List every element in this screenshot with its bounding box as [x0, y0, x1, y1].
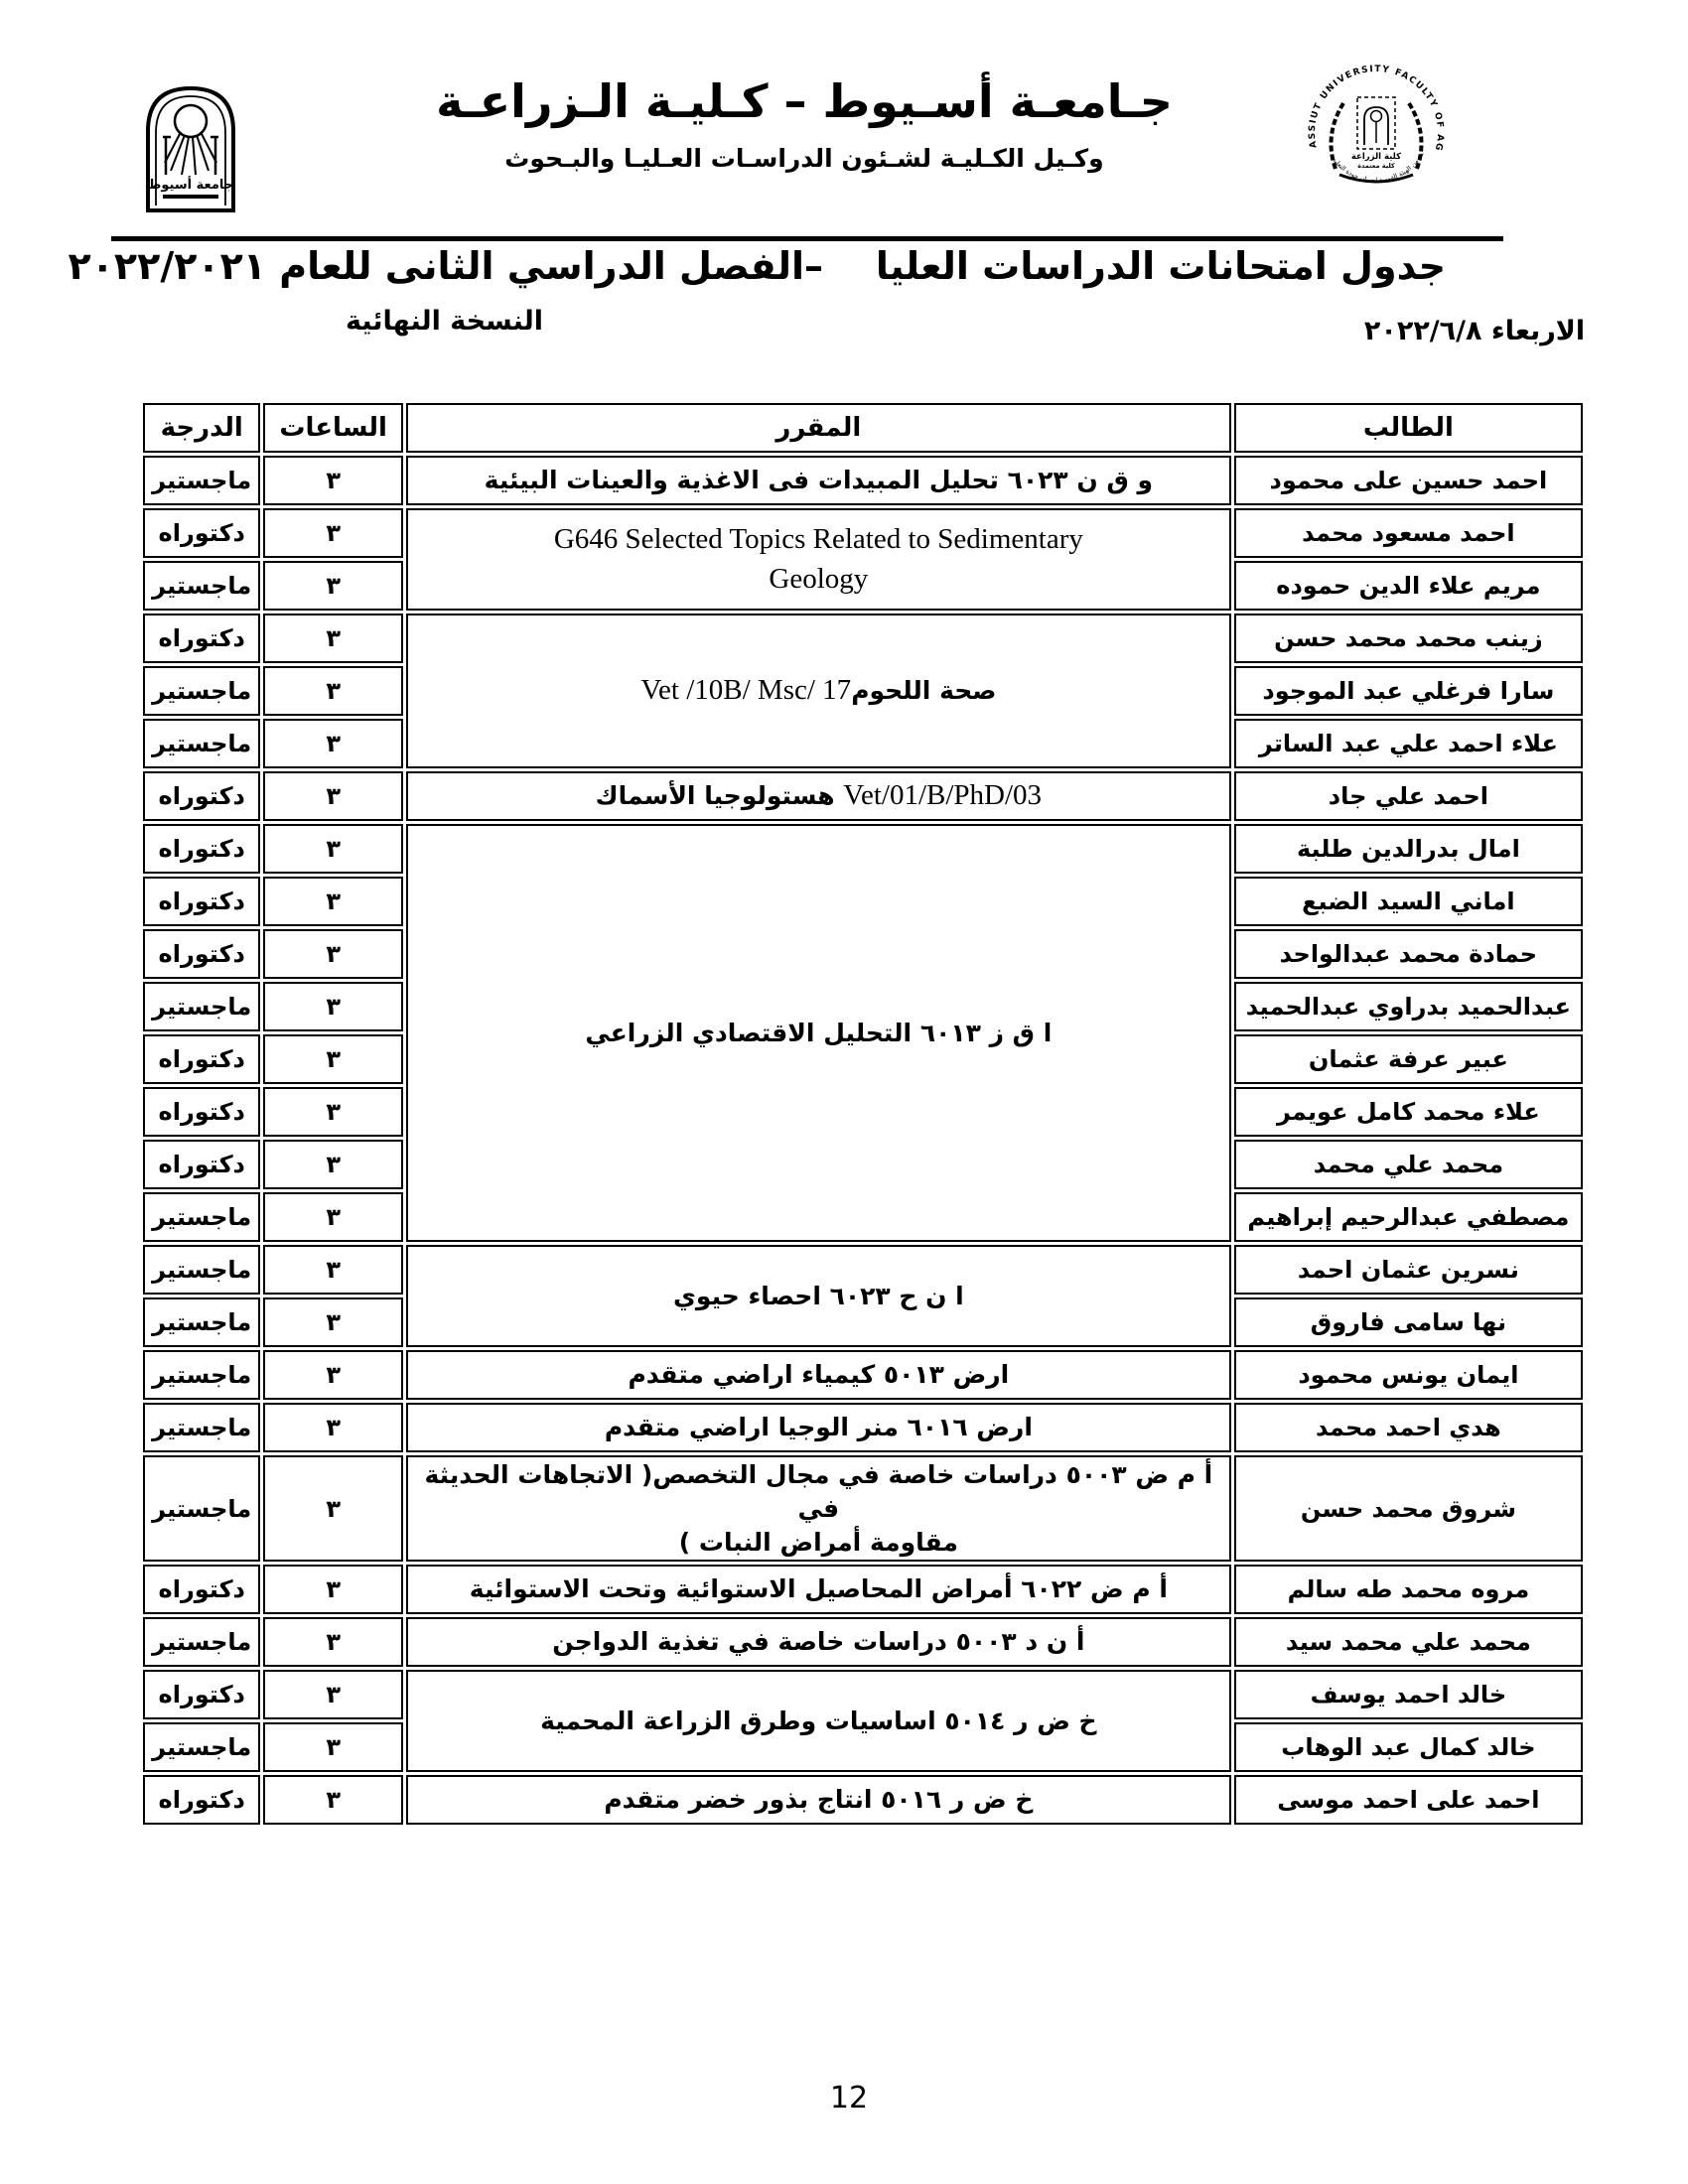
degree-cell: ماجستير: [143, 982, 260, 1031]
course-cell: خ ض ر ٥٠١٤ اساسيات وطرق الزراعة المحمية: [406, 1670, 1231, 1772]
course-text-ar: خ ض ر ٥٠١٤ اساسيات وطرق الزراعة المحمية: [540, 1706, 1096, 1735]
hours-cell: ٣: [263, 771, 402, 821]
hours-cell: ٣: [263, 1034, 402, 1084]
student-name-cell: علاء محمد كامل عويمر: [1234, 1087, 1583, 1137]
table-row: ايمان يونس محمودارض ٥٠١٣ كيمياء اراضي مت…: [143, 1350, 1583, 1400]
course-cell: ا ق ز ٦٠١٣ التحليل الاقتصادي الزراعي: [406, 824, 1231, 1242]
student-name-cell: اماني السيد الضبع: [1234, 877, 1583, 926]
hours-cell: ٣: [263, 1140, 402, 1189]
student-name-cell: هدي احمد محمد: [1234, 1403, 1583, 1452]
degree-cell: ماجستير: [143, 1455, 260, 1562]
degree-cell: ماجستير: [143, 719, 260, 768]
degree-cell: ماجستير: [143, 1403, 260, 1452]
course-text-ar: صحة اللحوم: [851, 676, 996, 705]
header-center: جـامعـة أسـيوط – كـليـة الـزراعـة وكـيل …: [258, 75, 1350, 173]
student-name-cell: عبدالحميد بدراوي عبدالحميد: [1234, 982, 1583, 1031]
seal-inner-emblem: [1357, 97, 1395, 149]
page-number: 12: [770, 2081, 928, 2116]
student-name-cell: مريم علاء الدين حموده: [1234, 561, 1583, 611]
student-name-cell: شروق محمد حسن: [1234, 1455, 1583, 1562]
col-header-student: الطالب: [1234, 403, 1583, 453]
exam-date-label: الاربعاء ٢٠٢٢/٦/٨: [1345, 316, 1604, 346]
student-name-cell: امال بدرالدين طلبة: [1234, 824, 1583, 874]
emblem-base-bar: [163, 195, 218, 199]
hours-cell: ٣: [263, 1670, 402, 1719]
student-name-cell: محمد علي محمد: [1234, 1140, 1583, 1189]
course-cell: G646 Selected Topics Related to Sediment…: [406, 508, 1231, 611]
student-name-cell: عبير عرفة عثمان: [1234, 1034, 1583, 1084]
degree-cell: دكتوراه: [143, 1087, 260, 1137]
course-text-ar: و ق ن ٦٠٢٣ تحليل المبيدات فى الاغذية وال…: [485, 466, 1153, 494]
table-row: خالد احمد يوسفخ ض ر ٥٠١٤ اساسيات وطرق ال…: [143, 1670, 1583, 1719]
hours-cell: ٣: [263, 1775, 402, 1825]
hours-cell: ٣: [263, 1192, 402, 1242]
student-name-cell: سارا فرغلي عبد الموجود: [1234, 666, 1583, 716]
student-name-cell: حمادة محمد عبدالواحد: [1234, 929, 1583, 979]
hours-cell: ٣: [263, 1245, 402, 1295]
faculty-seal: ASSIUT UNIVERSITY FACULTY OF AGRICULTURE…: [1302, 58, 1451, 206]
course-text-en: Vet/01/B/PhD/03: [843, 779, 1042, 811]
degree-cell: دكتوراه: [143, 771, 260, 821]
hours-cell: ٣: [263, 1565, 402, 1614]
exam-schedule-title: جدول امتحانات الدراسات العليا –الفصل الد…: [155, 244, 1446, 288]
table-row: احمد حسين على محمودو ق ن ٦٠٢٣ تحليل المب…: [143, 456, 1583, 505]
course-text-ar: خ ض ر ٥٠١٦ انتاج بذور خضر متقدم: [604, 1785, 1033, 1814]
hours-cell: ٣: [263, 982, 402, 1031]
table-row: مروه محمد طه سالمأ م ض ٦٠٢٢ أمراض المحاص…: [143, 1565, 1583, 1614]
university-title: جـامعـة أسـيوط – كـليـة الـزراعـة: [258, 75, 1350, 128]
table-row: احمد علي جادVet/01/B/PhD/03 هستولوجيا ال…: [143, 771, 1583, 821]
exam-schedule-table: الطالب المقرر الساعات الدرجة احمد حسين ع…: [140, 400, 1586, 1828]
hours-cell: ٣: [263, 929, 402, 979]
emblem-text: جامعة أسيوط: [148, 176, 233, 193]
degree-cell: ماجستير: [143, 1722, 260, 1772]
degree-cell: ماجستير: [143, 1617, 260, 1667]
course-cell: ارض ٥٠١٣ كيمياء اراضي متقدم: [406, 1350, 1231, 1400]
degree-cell: دكتوراه: [143, 877, 260, 926]
degree-cell: ماجستير: [143, 1245, 260, 1295]
hours-cell: ٣: [263, 719, 402, 768]
hours-cell: ٣: [263, 1617, 402, 1667]
student-name-cell: احمد على احمد موسى: [1234, 1775, 1583, 1825]
course-text-ar: ارض ٦٠١٦ منر الوجيا اراضي متقدم: [605, 1413, 1033, 1441]
course-cell: ارض ٦٠١٦ منر الوجيا اراضي متقدم: [406, 1403, 1231, 1452]
degree-cell: ماجستير: [143, 456, 260, 505]
table-header-row: الطالب المقرر الساعات الدرجة: [143, 403, 1583, 453]
hours-cell: ٣: [263, 1087, 402, 1137]
student-name-cell: ايمان يونس محمود: [1234, 1350, 1583, 1400]
hours-cell: ٣: [263, 456, 402, 505]
table-row: نسرين عثمان احمدا ن ح ٦٠٢٣ احصاء حيوي٣ما…: [143, 1245, 1583, 1295]
course-cell: ا ن ح ٦٠٢٣ احصاء حيوي: [406, 1245, 1231, 1347]
table-row: امال بدرالدين طلبةا ق ز ٦٠١٣ التحليل الا…: [143, 824, 1583, 874]
table-row: احمد على احمد موسىخ ض ر ٥٠١٦ انتاج بذور …: [143, 1775, 1583, 1825]
exam-table-body: احمد حسين على محمودو ق ن ٦٠٢٣ تحليل المب…: [143, 456, 1583, 1825]
degree-cell: دكتوراه: [143, 1034, 260, 1084]
hours-cell: ٣: [263, 877, 402, 926]
document-page: جامعة أسيوط جـامعـة أسـيوط – كـليـة الـز…: [0, 0, 1688, 2184]
final-version-label: النسخة النهائية: [323, 306, 566, 337]
table-row: محمد علي محمد سيدأ ن د ٥٠٠٣ دراسات خاصة …: [143, 1617, 1583, 1667]
course-text-ar: هستولوجيا الأسماك: [596, 781, 844, 810]
seal-inner-line1: كلية الزراعة: [1351, 152, 1401, 162]
col-header-course: المقرر: [406, 403, 1231, 453]
student-name-cell: خالد احمد يوسف: [1234, 1670, 1583, 1719]
student-name-cell: احمد حسين على محمود: [1234, 456, 1583, 505]
table-row: شروق محمد حسنأ م ض ٥٠٠٣ دراسات خاصة في م…: [143, 1455, 1583, 1562]
vice-dean-line: وكـيل الكـليـة لشـئون الدراسـات العـليـا…: [258, 144, 1350, 173]
table-row: هدي احمد محمدارض ٦٠١٦ منر الوجيا اراضي م…: [143, 1403, 1583, 1452]
degree-cell: دكتوراه: [143, 508, 260, 558]
course-text-en: Vet /10B/ Msc/ 17: [640, 674, 851, 706]
header-divider-rule: [111, 236, 1503, 241]
seal-ring-text: ASSIUT UNIVERSITY FACULTY OF AGRICULTURE: [1302, 58, 1445, 153]
degree-cell: ماجستير: [143, 666, 260, 716]
degree-cell: دكتوراه: [143, 1140, 260, 1189]
col-header-hours: الساعات: [263, 403, 402, 453]
degree-cell: ماجستير: [143, 1350, 260, 1400]
degree-cell: ماجستير: [143, 1297, 260, 1347]
course-text-ar: ا ق ز ٦٠١٣ التحليل الاقتصادي الزراعي: [585, 1019, 1052, 1047]
degree-cell: دكتوراه: [143, 614, 260, 663]
degree-cell: ماجستير: [143, 1192, 260, 1242]
degree-cell: دكتوراه: [143, 824, 260, 874]
student-name-cell: علاء احمد علي عبد الساتر: [1234, 719, 1583, 768]
hours-cell: ٣: [263, 614, 402, 663]
student-name-cell: محمد علي محمد سيد: [1234, 1617, 1583, 1667]
student-name-cell: نسرين عثمان احمد: [1234, 1245, 1583, 1295]
hours-cell: ٣: [263, 666, 402, 716]
course-cell: أ م ض ٥٠٠٣ دراسات خاصة في مجال التخصص( ا…: [406, 1455, 1231, 1562]
hours-cell: ٣: [263, 1722, 402, 1772]
hours-cell: ٣: [263, 561, 402, 611]
hours-cell: ٣: [263, 508, 402, 558]
student-name-cell: خالد كمال عبد الوهاب: [1234, 1722, 1583, 1772]
student-name-cell: نها سامى فاروق: [1234, 1297, 1583, 1347]
student-name-cell: احمد علي جاد: [1234, 771, 1583, 821]
seal-ring-text-holder: ASSIUT UNIVERSITY FACULTY OF AGRICULTURE: [1302, 58, 1445, 153]
course-cell: أ م ض ٦٠٢٢ أمراض المحاصيل الاستوائية وتح…: [406, 1565, 1231, 1614]
table-row: احمد مسعود محمدG646 Selected Topics Rela…: [143, 508, 1583, 558]
hours-cell: ٣: [263, 1350, 402, 1400]
course-cell: أ ن د ٥٠٠٣ دراسات خاصة في تغذية الدواجن: [406, 1617, 1231, 1667]
university-emblem: جامعة أسيوط: [141, 79, 240, 216]
hours-cell: ٣: [263, 1297, 402, 1347]
hours-cell: ٣: [263, 824, 402, 874]
hours-cell: ٣: [263, 1403, 402, 1452]
course-cell: Vet/01/B/PhD/03 هستولوجيا الأسماك: [406, 771, 1231, 821]
student-name-cell: زينب محمد محمد حسن: [1234, 614, 1583, 663]
student-name-cell: احمد مسعود محمد: [1234, 508, 1583, 558]
degree-cell: دكتوراه: [143, 1565, 260, 1614]
student-name-cell: مصطفي عبدالرحيم إبراهيم: [1234, 1192, 1583, 1242]
course-text-ar: ارض ٥٠١٣ كيمياء اراضي متقدم: [628, 1360, 1009, 1389]
seal-inner-line2: كلية معتمدة: [1357, 162, 1395, 170]
course-cell: خ ض ر ٥٠١٦ انتاج بذور خضر متقدم: [406, 1775, 1231, 1825]
hours-cell: ٣: [263, 1455, 402, 1562]
student-name-cell: مروه محمد طه سالم: [1234, 1565, 1583, 1614]
degree-cell: ماجستير: [143, 561, 260, 611]
degree-cell: دكتوراه: [143, 1670, 260, 1719]
emblem-rays: [165, 132, 216, 175]
course-cell: و ق ن ٦٠٢٣ تحليل المبيدات فى الاغذية وال…: [406, 456, 1231, 505]
degree-cell: دكتوراه: [143, 929, 260, 979]
course-text-ar: ا ن ح ٦٠٢٣ احصاء حيوي: [673, 1282, 964, 1310]
course-text-en: G646 Selected Topics Related to Sediment…: [554, 523, 1083, 594]
course-text-ar: أ م ض ٥٠٠٣ دراسات خاصة في مجال التخصص( ا…: [424, 1460, 1212, 1557]
course-cell: صحة اللحومVet /10B/ Msc/ 17: [406, 614, 1231, 768]
course-text-ar: أ م ض ٦٠٢٢ أمراض المحاصيل الاستوائية وتح…: [470, 1574, 1168, 1603]
course-text-ar: أ ن د ٥٠٠٣ دراسات خاصة في تغذية الدواجن: [552, 1627, 1084, 1656]
table-row: زينب محمد محمد حسنصحة اللحومVet /10B/ Ms…: [143, 614, 1583, 663]
degree-cell: دكتوراه: [143, 1775, 260, 1825]
col-header-degree: الدرجة: [143, 403, 260, 453]
